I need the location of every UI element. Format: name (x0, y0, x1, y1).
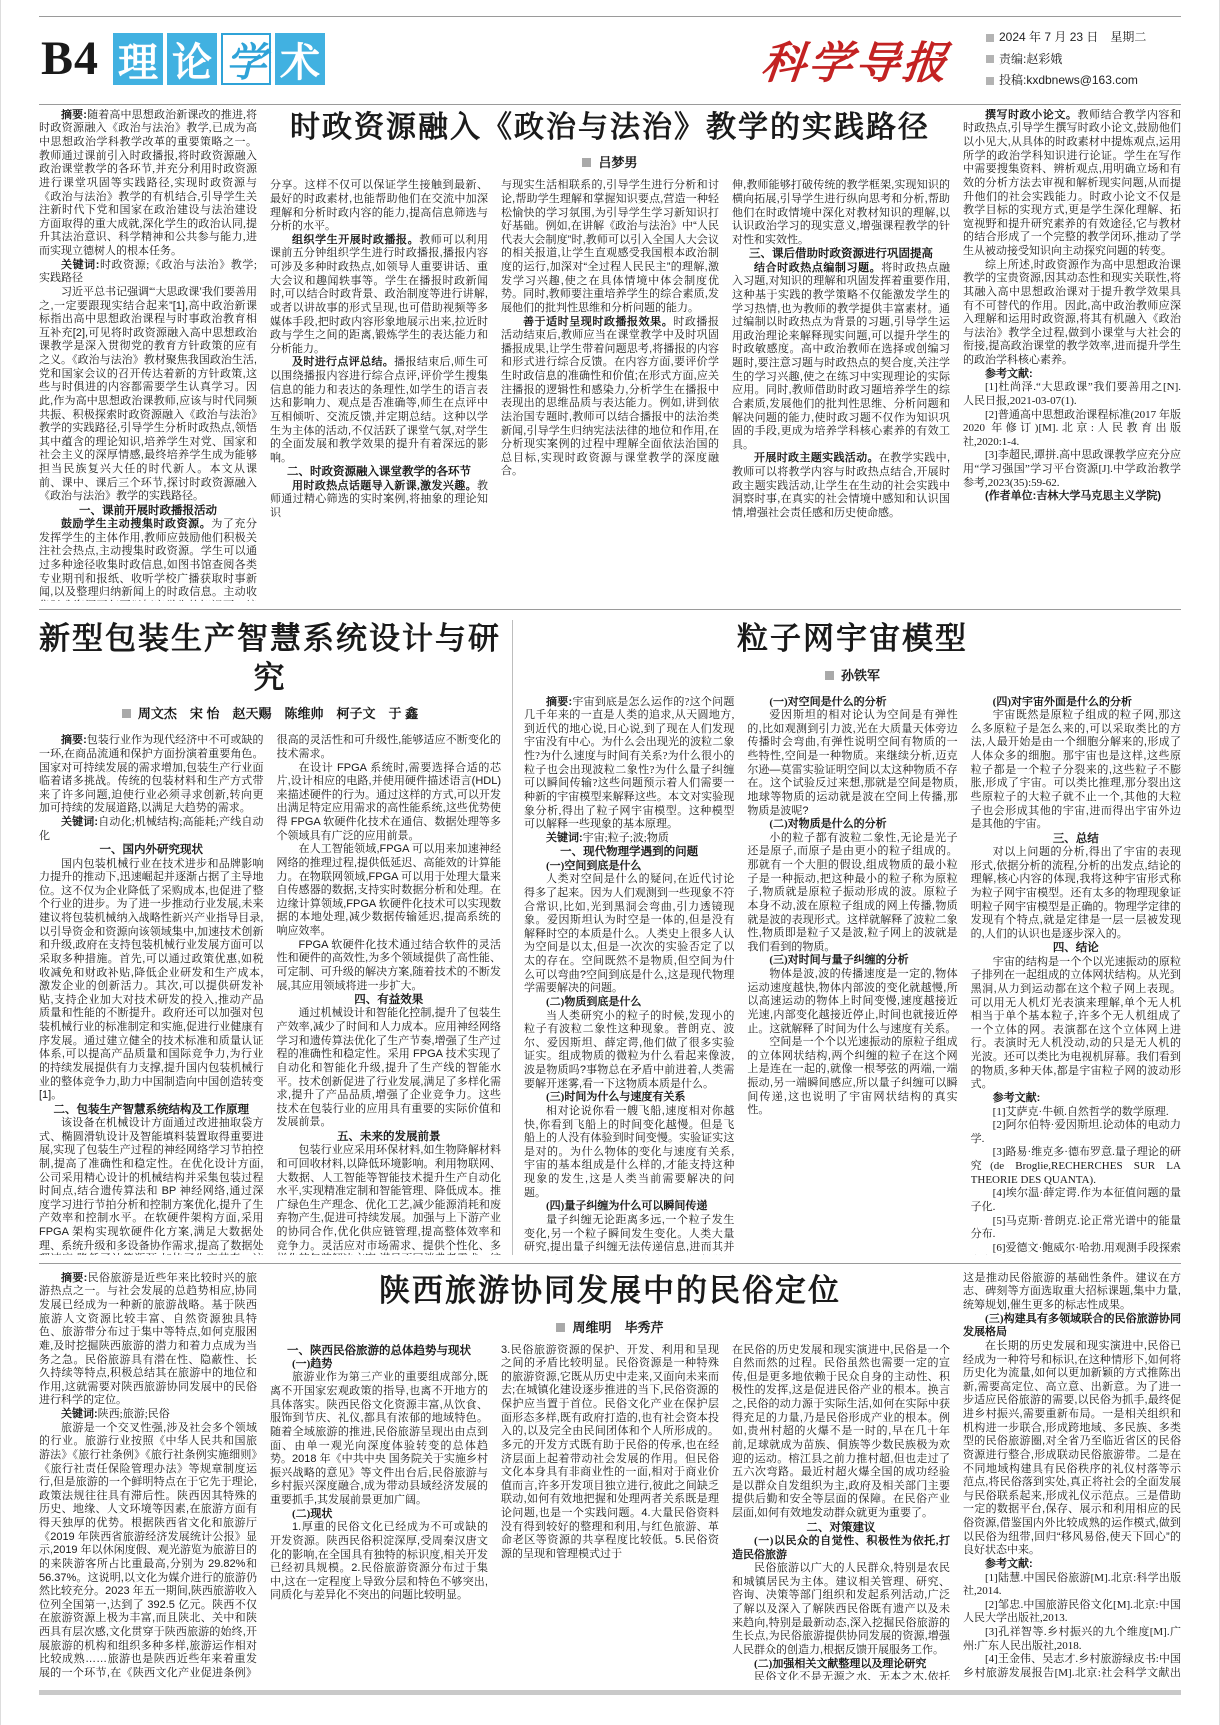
reference-entry: [3]李超民,谭拼.高中思政课教学应充分应用“学习强国”学习平台资源[J].中学… (963, 449, 1181, 490)
vertical-divider (512, 620, 513, 1255)
text-column: 分享。这样不仅可以保证学生接触到最新、最好的时政素材,也能帮助他们在交流中加深理… (270, 179, 488, 601)
article-packaging-system: 新型包装生产智慧系统设计与研究 周文杰 宋 怡 赵天赐 陈维帅 柯子文 于 鑫 … (39, 620, 501, 1255)
subsection-heading: (四)对宇宙外面是什么的分析 (971, 696, 1181, 710)
body-paragraph: 1.厚重的民俗文化已经成为不可或缺的开发资源。陕西民俗积淀深厚,受周秦汉唐文化的… (270, 1521, 488, 1603)
body-paragraph: 鼓励学生主动搜集时政资源。为了充分发挥学生的主体作用,教师应鼓励他们积极关注社会… (39, 518, 257, 601)
body-paragraph: 撰写时政小论文。教师结合教学内容和时政热点,引导学生撰写时政小论文,鼓励他们以小… (963, 109, 1181, 259)
text-column: 在民俗的历史发展和现实演进中,民俗是一个自然而然的过程。民俗虽然也需要一定的宣传… (732, 1344, 950, 1680)
byline-square-icon (825, 671, 834, 680)
middle-section: 新型包装生产智慧系统设计与研究 周文杰 宋 怡 赵天赐 陈维帅 柯子文 于 鑫 … (39, 609, 1181, 1264)
section-heading: 二、包装生产智慧系统结构及工作原理 (39, 1103, 264, 1117)
keywords: 关键词:宇宙;粒子;波;物质 (524, 832, 734, 846)
body-paragraph: 及时进行点评总结。播报结束后,师生可以围绕播报内容进行综合点评,评价学生搜集信息… (270, 356, 488, 465)
body-paragraph: 与现实生活相联系的,引导学生进行分析和讨论,帮助学生理解和掌握知识要点,营造一种… (501, 179, 719, 315)
body-paragraph: 用时政热点话题导入新课,激发兴趣。教师通过精心筛选的实时案例,将抽象的理论知识 (270, 480, 488, 521)
article4-center-columns: 一、陕西民俗旅游的总体趋势与现状(一)趋势旅游业作为第三产业的重要组成部分,既离… (270, 1344, 950, 1680)
subsection-heading: (四)量子纠缠为什么可以瞬间传递 (524, 1200, 734, 1214)
references-heading: 参考文献: (963, 1558, 1181, 1572)
text-column: (一)对空间是什么的分析爱因斯坦的相对论认为空间是有弹性的,比如观测到引力波,光… (747, 696, 957, 1255)
body-paragraph: 旅游是一个交叉性强,涉及社会多个领域的行业。旅游行业按照《中华人民共和国旅游法》… (39, 1422, 257, 1680)
body-paragraph: 分享。这样不仅可以保证学生接触到最新、最好的时政素材,也能帮助他们在交流中加深理… (270, 179, 488, 234)
body-paragraph: 宇宙既然是原粒子组成的粒子网,那这么多原粒子是怎么来的,可以采取类比的方法,人最… (971, 709, 1181, 832)
text-column: 摘要:包装行业作为现代经济中不可或缺的一环,在商品流通和保护方面扮演着重要角色。… (39, 734, 264, 1255)
article2-byline: 周文杰 宋 怡 赵天赐 陈维帅 柯子文 于 鑫 (39, 703, 501, 722)
section-heading: 二、对策建议 (732, 1521, 950, 1535)
body-paragraph: 当人类研究小的粒子的时候,发现小的粒子有波粒二象性这种现象。普朗克、波尔、爱因斯… (524, 1010, 734, 1092)
header-meta: 2024 年 7 月 23 日 星期二 责编:赵彩娥 投稿:kxdbnews@1… (986, 27, 1181, 92)
subsection-heading: (二)现状 (270, 1508, 488, 1522)
article-politics-teaching: 摘要:随着高中思想政治新课改的推进,将时政资源融入《政治与法治》教学,已成为高中… (39, 109, 1181, 601)
text-column: (四)对宇宙外面是什么的分析宇宙既然是原粒子组成的粒子网,那这么多原粒子是怎么来… (971, 696, 1181, 1255)
text-column: 很高的灵活性和可升级性,能够适应不断变化的技术需求。在设计 FPGA 系统时,需… (277, 734, 502, 1255)
byline-square-icon (122, 709, 131, 718)
body-paragraph: 很高的灵活性和可升级性,能够适应不断变化的技术需求。 (277, 734, 502, 761)
subsection-heading: (二)物质到底是什么 (524, 996, 734, 1010)
body-paragraph: 在人工智能领域,FPGA 可以用来加速神经网络的推理过程,提供低延迟、高能效的计… (277, 843, 502, 938)
text-column: 摘要:宇宙到底是怎么运作的?这个问题几千年来的一直是人类的追求,从天圆地方,到近… (524, 696, 734, 1255)
section-heading: 五、未来的发展前景 (277, 1130, 502, 1144)
section-heading: 三、课后借助时政资源进行巩固提高 (732, 247, 950, 261)
newspaper-page: B4 理 论 学 术 科学导报 2024 年 7 月 23 日 星期二 责编:赵… (0, 0, 1220, 1725)
text-column: 撰写时政小论文。教师结合教学内容和时政热点,引导学生撰写时政小论文,鼓励他们以小… (963, 109, 1181, 601)
bullet-square-icon (986, 34, 994, 42)
edition-number: B4 (41, 35, 99, 83)
article3-columns: 摘要:宇宙到底是怎么运作的?这个问题几千年来的一直是人类的追求,从天圆地方,到近… (524, 696, 1181, 1255)
text-column: 这是推动民俗旅游的基础性条件。建议在方志、碑刻等方面选取重大招标课题,集中力量,… (963, 1272, 1181, 1680)
reference-entry: [3]路易·维克多·德布罗意.量子理论的研究(de Broglie,RECHER… (971, 1146, 1181, 1187)
section-heading: 四、结论 (971, 941, 1181, 955)
body-paragraph: 在长期的历史发展和现实演进中,民俗已经成为一种符号和标识,在这种情形下,如何将历… (963, 1340, 1181, 1558)
keywords: 关键词:自动化;机械结构;高能耗;产线自动化 (39, 816, 264, 843)
article4-title: 陕西旅游协同发展中的民俗定位 (270, 1272, 950, 1311)
body-paragraph: 在民俗的历史发展和现实演进中,民俗是一个自然而然的过程。民俗虽然也需要一定的宣传… (732, 1344, 950, 1521)
subsection-heading: (二)加强相关文献整理以及理论研究 (732, 1658, 950, 1672)
byline-square-icon (582, 158, 591, 167)
body-paragraph: 宇宙的结构是一个个以光速振动的原粒子排列在一起组成的立体网状结构。从光到黑洞,从… (971, 956, 1181, 1092)
subsection-heading: (三)构建具有多领域联合的民俗旅游协同发展格局 (963, 1313, 1181, 1340)
article-particle-universe: 粒子网宇宙模型 孙铁军 摘要:宇宙到底是怎么运作的?这个问题几千年来的一直是人类… (524, 620, 1181, 1255)
reference-entry: [4]埃尔温·薛定谔.作为本征值问题的量子化. (971, 1187, 1181, 1214)
abstract: 摘要:随着高中思想政治新课改的推进,将时政资源融入《政治与法治》教学,已成为高中… (39, 109, 257, 259)
reference-entry: [1]艾萨克·牛顿.自然哲学的数学原理. (971, 1106, 1181, 1120)
article1-left-column: 摘要:随着高中思想政治新课改的推进,将时政资源融入《政治与法治》教学,已成为高中… (39, 109, 257, 601)
body-paragraph: 伸,教师能够打破传统的教学框架,实现知识的横向拓展,引导学生进行纵向思考和分析,… (732, 179, 950, 247)
masthead-title: 科学导报 (759, 27, 954, 91)
text-column: 摘要:随着高中思想政治新课改的推进,将时政资源融入《政治与法治》教学,已成为高中… (39, 109, 257, 601)
body-paragraph: 物体是波,波的传播速度是一定的,物体运动速度越快,物体内部波的变化就越慢,所以高… (747, 968, 957, 1036)
article4-right-column: 这是推动民俗旅游的基础性条件。建议在方志、碑刻等方面选取重大招标课题,集中力量,… (963, 1272, 1181, 1680)
body-paragraph: 结合时政热点编制习题。将时政热点融入习题,对知识的理解和巩固发挥着重要作用,这种… (732, 262, 950, 453)
article4-center-block: 陕西旅游协同发展中的民俗定位 周维明 毕秀芹 一、陕西民俗旅游的总体趋势与现状(… (270, 1272, 950, 1680)
text-column: 与现实生活相联系的,引导学生进行分析和讨论,帮助学生理解和掌握知识要点,营造一种… (501, 179, 719, 601)
body-paragraph: 人类对空间是什么的疑问,在近代讨论得多了起来。因为人们观测到一些现象不符合常识,… (524, 873, 734, 996)
body-paragraph: 小的粒子都有波粒二象性,无论是光子还是原子,而原子是由更小的粒子组成的。那就有一… (747, 832, 957, 955)
reference-entry: [3]孔祥智等.乡村振兴的九个维度[M].广州:广东人民出版社,2018. (963, 1626, 1181, 1653)
reference-entry: [1]杜尚泽.“大思政课”我们要善用之[N].人民日报,2021-03-07(1… (963, 381, 1181, 408)
text-column: 伸,教师能够打破传统的教学框架,实现知识的横向拓展,引导学生进行纵向思考和分析,… (732, 179, 950, 601)
subsection-heading: (二)对物质是什么的分析 (747, 818, 957, 832)
body-paragraph: 习近平总书记强调“‘大思政课’我们要善用之,一定要跟现实结合起来”[1],高中政… (39, 286, 257, 504)
subsection-heading: (三)对时间与量子纠缠的分析 (747, 954, 957, 968)
section-heading: 一、陕西民俗旅游的总体趋势与现状 (270, 1344, 488, 1358)
body-paragraph: 在设计 FPGA 系统时,需要选择合适的芯片,设计相应的电路,并使用硬件描述语言… (277, 762, 502, 844)
body-paragraph: 这是推动民俗旅游的基础性条件。建议在方志、碑刻等方面选取重大招标课题,集中力量,… (963, 1272, 1181, 1313)
publish-date: 2024 年 7 月 23 日 星期二 (986, 27, 1181, 49)
reference-entry: [5]马克斯·普朗克.论正常光谱中的能量分布. (971, 1215, 1181, 1242)
body-paragraph: 民俗旅游以广大的人民群众,特别是农民和城镇居民为主体。建议相关管理、研究、咨询、… (732, 1562, 950, 1657)
article2-columns: 摘要:包装行业作为现代经济中不可或缺的一环,在商品流通和保护方面扮演着重要角色。… (39, 734, 501, 1255)
subsection-heading: (一)对空间是什么的分析 (747, 696, 957, 710)
article4-left-column: 摘要:民俗旅游是近些年来比较时兴的旅游热点之一。与社会发展的总趋势相应,协同发展… (39, 1272, 257, 1680)
keywords: 关键词:陕西;旅游;民俗 (39, 1408, 257, 1422)
bullet-square-icon (986, 77, 994, 85)
abstract: 摘要:民俗旅游是近些年来比较时兴的旅游热点之一。与社会发展的总趋势相应,协同发展… (39, 1272, 257, 1408)
abstract: 摘要:宇宙到底是怎么运作的?这个问题几千年来的一直是人类的追求,从天圆地方,到近… (524, 696, 734, 832)
section-heading: 一、现代物理学遇到的问题 (524, 845, 734, 859)
body-paragraph: 开展时政主题实践活动。在教学实践中,教师可以将教学内容与时政热点结合,开展时政主… (732, 452, 950, 520)
submission-email: 投稿:kxdbnews@163.com (986, 70, 1181, 92)
body-paragraph: 善于适时呈现时政播报效果。时政播报活动结束后,教师应当在课堂教学中及时巩固播报成… (501, 316, 719, 480)
body-paragraph: 组织学生开展时政播报。教师可以利用课前五分钟组织学生进行时政播报,播报内容可涉及… (270, 234, 488, 357)
subsection-heading: (三)时间为什么与速度有关系 (524, 1091, 734, 1105)
page-footer-rule (39, 1690, 1181, 1695)
reference-entry: [6]爱德文·鲍威尔·哈勃.用观测手段探索宇宙学问题. (971, 1242, 1181, 1255)
body-paragraph: 空间是一个个以光速振动的原粒子组成的立体网状结构,两个纠缠的粒子在这个网上是连在… (747, 1036, 957, 1118)
article1-center-block: 时政资源融入《政治与法治》教学的实践路径 吕梦男 分享。这样不仅可以保证学生接触… (270, 109, 950, 601)
body-paragraph: 3.民俗旅游资源的保护、开发、利用和呈现之间的矛盾比较明显。民俗资源是一种特殊的… (501, 1344, 719, 1562)
author-affiliation: (作者单位:吉林大学马克思主义学院) (963, 490, 1181, 504)
article-shaanxi-folk-tourism: 摘要:民俗旅游是近些年来比较时兴的旅游热点之一。与社会发展的总趋势相应,协同发展… (39, 1272, 1181, 1680)
article4-byline: 周维明 毕秀芹 (270, 1317, 950, 1336)
logo-char-li: 理 (113, 33, 163, 85)
subsection-heading: (一)空间到底是什么 (524, 860, 734, 874)
article3-byline: 孙铁军 (524, 665, 1181, 684)
reference-entry: [2]邹忠.中国旅游民俗文化[M].北京:中国人民大学出版社,2013. (963, 1599, 1181, 1626)
article3-title: 粒子网宇宙模型 (524, 620, 1181, 659)
body-paragraph: 爱因斯坦的相对论认为空间是有弹性的,比如观测到引力波,光在大质量天体旁边传播时会… (747, 709, 957, 818)
body-paragraph: 国内包装机械行业在技术进步和品牌影响力提升的推动下,迅速崛起并逐渐占据了主导地位… (39, 858, 264, 1103)
reference-entry: [2]阿尔伯特·爱因斯坦.论动体的电动力学. (971, 1119, 1181, 1146)
section-logo: 理 论 学 术 (113, 33, 325, 85)
reference-entry: [2]普通高中思想政治课程标准(2017 年版2020 年修订)[M].北京:人… (963, 409, 1181, 450)
body-paragraph: 民俗文化不是无源之水、无本之木,依托图书馆、博物馆、遗址等进行充分的古籍整理展开… (732, 1671, 950, 1680)
references-heading: 参考文献: (971, 1092, 1181, 1106)
logo-char-shu: 术 (275, 33, 325, 85)
article2-title: 新型包装生产智慧系统设计与研究 (39, 620, 501, 698)
subsection-heading: (一)以民众的自觉性、积极性为依托,打造民俗旅游 (732, 1535, 950, 1562)
body-paragraph: 该设备在机械设计方面通过改进抽取袋方式、椭圆滑轨设计及智能填料装置取得重要进展,… (39, 1117, 264, 1255)
body-paragraph: 通过机械设计和智能化控制,提升了包装生产效率,减少了时间和人力成本。应用神经网络… (277, 1007, 502, 1130)
body-paragraph: 量子纠缠无论距离多远,一个粒子发生变化,另一个粒子瞬间发生变化。人类大量研究,提… (524, 1214, 734, 1255)
logo-char-xue: 学 (221, 33, 271, 85)
page-header: B4 理 论 学 术 科学导报 2024 年 7 月 23 日 星期二 责编:赵… (39, 16, 1181, 105)
keywords: 关键词:时政资源;《政治与法治》教学;实践路径 (39, 259, 257, 286)
logo-char-lun: 论 (167, 33, 217, 85)
body-paragraph: 旅游业作为第三产业的重要组成部分,既离不开国家宏观政策的指导,也离不开地方的具体… (270, 1371, 488, 1507)
body-paragraph: 相对论说你看一艘飞船,速度相对你越快,你看到飞船上的时间变化越慢。但是飞船上的人… (524, 1105, 734, 1200)
section-heading: 三、总结 (971, 832, 1181, 846)
bullet-square-icon (986, 55, 994, 63)
article1-title: 时政资源融入《政治与法治》教学的实践路径 (270, 109, 950, 147)
reference-entry: [4]王金伟、吴志才.乡村旅游绿皮书:中国乡村旅游发展报告[M].北京:社会科学… (963, 1653, 1181, 1680)
editor-line: 责编:赵彩娥 (986, 49, 1181, 71)
text-column: 3.民俗旅游资源的保护、开发、利用和呈现之间的矛盾比较明显。民俗资源是一种特殊的… (501, 1344, 719, 1680)
body-paragraph: 包装行业应采用环保材料,如生物降解材料和可回收材料,以降低环境影响。利用物联网、… (277, 1144, 502, 1255)
article1-center-columns: 分享。这样不仅可以保证学生接触到最新、最好的时政素材,也能帮助他们在交流中加深理… (270, 179, 950, 601)
body-paragraph: FPGA 软硬件化技术通过结合软件的灵活性和硬件的高效性,为多个领域提供了高性能… (277, 939, 502, 994)
subsection-heading: (一)趋势 (270, 1358, 488, 1372)
body-paragraph: 综上所述,时政资源作为高中思想政治课教学的宝贵资源,因其动态性和现实关联性,将其… (963, 259, 1181, 368)
references-heading: 参考文献: (963, 368, 1181, 382)
section-heading: 二、时政资源融入课堂教学的各环节 (270, 465, 488, 479)
article1-right-column: 撰写时政小论文。教师结合教学内容和时政热点,引导学生撰写时政小论文,鼓励他们以小… (963, 109, 1181, 601)
section-heading: 一、课前开展时政播报活动 (39, 504, 257, 518)
text-column: 摘要:民俗旅游是近些年来比较时兴的旅游热点之一。与社会发展的总趋势相应,协同发展… (39, 1272, 257, 1680)
article1-byline: 吕梦男 (270, 152, 950, 171)
abstract: 摘要:包装行业作为现代经济中不可或缺的一环,在商品流通和保护方面扮演着重要角色。… (39, 734, 264, 816)
section-heading: 一、国内外研究现状 (39, 843, 264, 857)
byline-square-icon (556, 1323, 565, 1332)
reference-entry: [1]陆慧.中国民俗旅游[M].北京:科学出版社,2014. (963, 1572, 1181, 1599)
body-paragraph: 对以上问题的分析,得出了宇宙的表现形式,依据分析的流程,分析的出发点,结论的理解… (971, 846, 1181, 941)
text-column: 一、陕西民俗旅游的总体趋势与现状(一)趋势旅游业作为第三产业的重要组成部分,既离… (270, 1344, 488, 1680)
section-heading: 四、有益效果 (277, 993, 502, 1007)
